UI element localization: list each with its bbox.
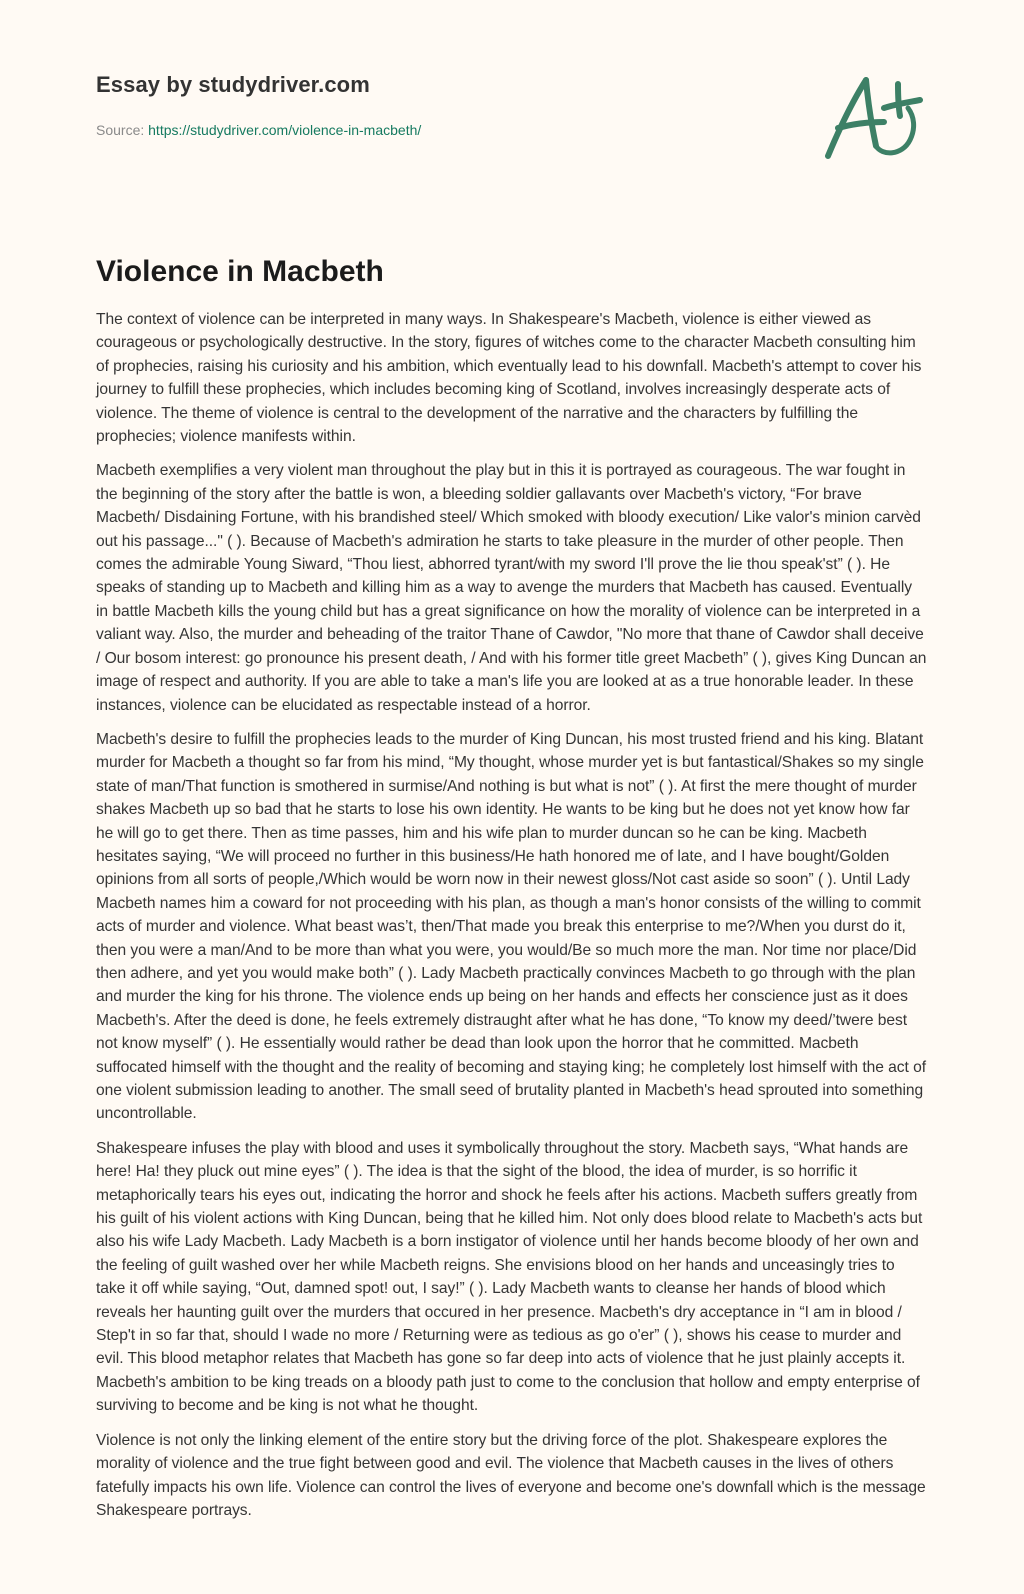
a-plus-logo-icon	[822, 72, 932, 168]
source-line: Source: https://studydriver.com/violence…	[96, 122, 421, 138]
essay-paragraph-2: Macbeth exemplifies a very violent man t…	[96, 459, 928, 716]
essay-paragraph-3: Macbeth's desire to fulfill the propheci…	[96, 728, 928, 1126]
essay-title: Violence in Macbeth	[96, 254, 928, 290]
page-header: Essay by studydriver.com Source: https:/…	[0, 0, 1024, 240]
source-label: Source:	[96, 122, 148, 138]
essay-paragraph-1: The context of violence can be interpret…	[96, 308, 928, 448]
essay-paragraph-5: Violence is not only the linking element…	[96, 1429, 928, 1523]
essay-paragraph-4: Shakespeare infuses the play with blood …	[96, 1137, 928, 1418]
source-link[interactable]: https://studydriver.com/violence-in-macb…	[148, 122, 421, 138]
site-title: Essay by studydriver.com	[96, 72, 370, 98]
essay-content: Violence in Macbeth The context of viole…	[0, 254, 1024, 1522]
